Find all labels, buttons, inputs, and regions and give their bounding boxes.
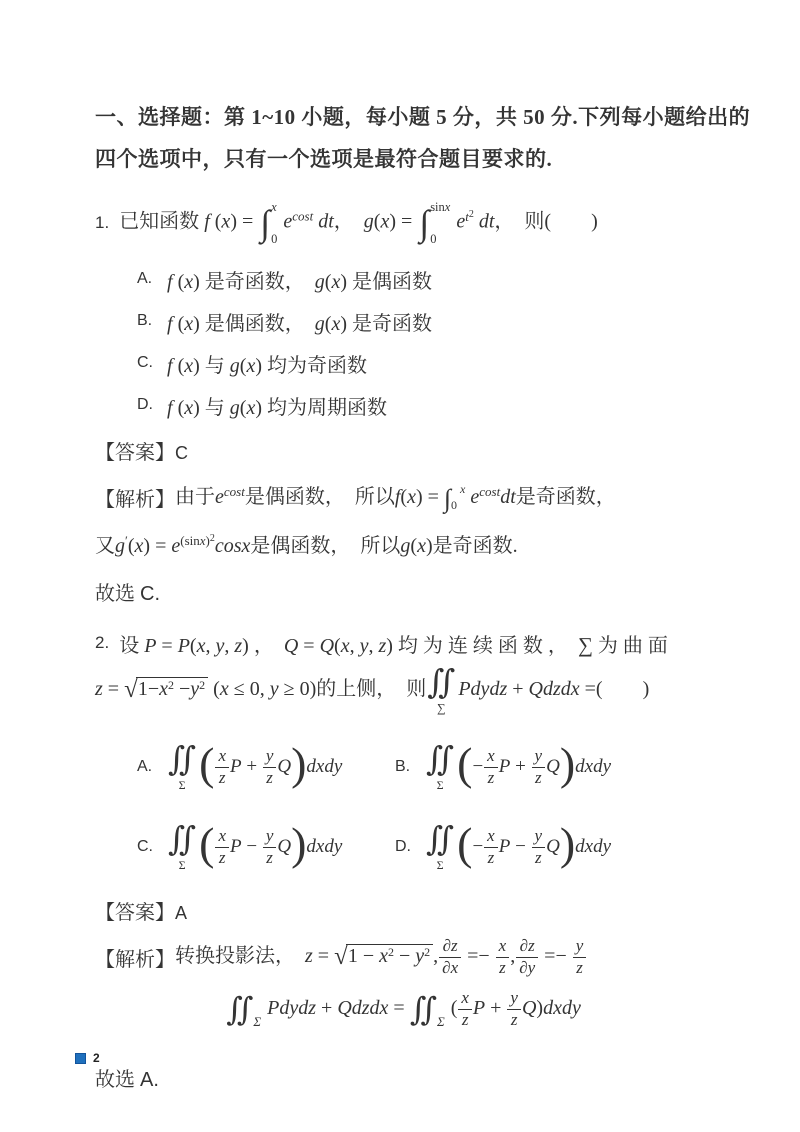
q2-analysis-line: 【解析】转换投影法， z = √1 − x2 − y2,∂z∂x =− xz,∂…	[95, 935, 712, 979]
conclusion-letter: A.	[140, 1069, 159, 1091]
option-label: B.	[395, 758, 425, 776]
q1-options: A. f (x) 是奇函数， g(x) 是偶函数 B. f (x) 是偶函数， …	[137, 258, 712, 426]
q1-option-c: C. f (x) 与 g(x) 均为奇函数	[137, 342, 712, 384]
q2-stem-line1: 2. 设 P = P(x, y, z) ， Q = Q(x, y, z) 均 为…	[95, 628, 712, 658]
conclusion-letter: C.	[140, 583, 160, 605]
q2-number: 2.	[95, 633, 109, 653]
q2-stem-formula-line1: 设 P = P(x, y, z) ， Q = Q(x, y, z) 均 为 连 …	[119, 629, 668, 658]
q2-equation: ∬ΣPdydz + Qdzdx = ∬Σ(xzP + yzQ)dxdy	[95, 989, 712, 1047]
option-text: f (x) 与 g(x) 均为周期函数	[167, 391, 387, 420]
analysis-text: 转换投影法， z = √1 − x2 − y2,∂z∂x =− xz,∂z∂y …	[175, 937, 587, 977]
answer-value: C	[175, 443, 188, 463]
option-label: D.	[395, 838, 425, 856]
q2-stem-formula-line2: z = √1−x2 −y2 (x ≤ 0, y ≥ 0)的上侧， 则∬∑Pdyd…	[95, 667, 649, 714]
answer-value: A	[175, 903, 187, 923]
q2-conclusion: 故选 A.	[95, 1063, 712, 1092]
analysis-label: 【解析】	[95, 943, 175, 972]
option-formula: ∬Σ(−xzP − yzQ)dxdy	[425, 824, 611, 871]
answer-label: 【答案】	[95, 442, 175, 464]
option-text: f (x) 是偶函数， g(x) 是奇函数	[167, 307, 432, 336]
conclusion-text: 故选	[95, 583, 135, 605]
option-formula: ∬Σ(xzP − yzQ)dxdy	[167, 824, 342, 871]
option-formula: ∬Σ(xzP + yzQ)dxdy	[167, 744, 342, 791]
analysis-label: 【解析】	[95, 483, 175, 512]
q1-option-b: B. f (x) 是偶函数， g(x) 是奇函数	[137, 300, 712, 342]
option-text: f (x) 是奇函数， g(x) 是偶函数	[167, 265, 432, 294]
q1-option-d: D. f (x) 与 g(x) 均为周期函数	[137, 384, 712, 426]
option-label: A.	[137, 758, 167, 776]
analysis-text: 又g′(x) = e(sinx)2cosx是偶函数， 所以g(x)是奇函数.	[95, 529, 518, 558]
section-header-line2: 四个选项中，只有一个选项是最符合题目要求的.	[95, 138, 712, 180]
q1-stem-formula: 已知函数 f (x) = ∫x0ecost dt， g(x) = ∫sinx0e…	[119, 201, 598, 245]
option-label: C.	[137, 354, 167, 372]
q1-analysis-line1: 【解析】由于ecost是偶函数， 所以f(x) = ∫0x ecostdt是奇函…	[95, 475, 712, 519]
page-marker-icon	[75, 1053, 86, 1064]
q1-stem: 1. 已知函数 f (x) = ∫x0ecost dt， g(x) = ∫sin…	[95, 197, 712, 249]
answer-label: 【答案】	[95, 902, 175, 924]
q1-answer-line: 【答案】C	[95, 436, 712, 465]
conclusion-text: 故选	[95, 1069, 135, 1091]
option-text: f (x) 与 g(x) 均为奇函数	[167, 349, 367, 378]
option-label: B.	[137, 312, 167, 330]
q2-answer-line: 【答案】A	[95, 896, 712, 925]
section-header-line1: 一、选择题：第 1~10 小题，每小题 5 分，共 50 分.下列每小题给出的	[95, 96, 712, 138]
q1-conclusion: 故选 C.	[95, 577, 712, 606]
analysis-text: 由于ecost是偶函数， 所以f(x) = ∫0x ecostdt是奇函数，	[175, 480, 616, 514]
q2-options: A. ∬Σ(xzP + yzQ)dxdy B. ∬Σ(−xzP + yzQ)dx…	[137, 734, 712, 880]
option-label: A.	[137, 270, 167, 288]
q2-option-b: B. ∬Σ(−xzP + yzQ)dxdy	[395, 734, 712, 800]
option-label: C.	[137, 838, 167, 856]
q2-stem-line2: z = √1−x2 −y2 (x ≤ 0, y ≥ 0)的上侧， 则∬∑Pdyd…	[95, 662, 712, 718]
option-formula: ∬Σ(−xzP + yzQ)dxdy	[425, 744, 611, 791]
q2-option-c: C. ∬Σ(xzP − yzQ)dxdy	[137, 814, 395, 880]
document-page: 一、选择题：第 1~10 小题，每小题 5 分，共 50 分.下列每小题给出的 …	[0, 0, 800, 1132]
q2-option-a: A. ∬Σ(xzP + yzQ)dxdy	[137, 734, 395, 800]
q2-option-d: D. ∬Σ(−xzP − yzQ)dxdy	[395, 814, 712, 880]
q1-number: 1.	[95, 213, 109, 233]
page-content: 一、选择题：第 1~10 小题，每小题 5 分，共 50 分.下列每小题给出的 …	[0, 0, 800, 1092]
q1-option-a: A. f (x) 是奇函数， g(x) 是偶函数	[137, 258, 712, 300]
q1-analysis-line2: 又g′(x) = e(sinx)2cosx是偶函数， 所以g(x)是奇函数.	[95, 521, 712, 565]
page-number: 2	[93, 1051, 100, 1065]
section-header: 一、选择题：第 1~10 小题，每小题 5 分，共 50 分.下列每小题给出的 …	[95, 96, 712, 180]
page-footer: 2	[75, 1051, 100, 1065]
option-label: D.	[137, 396, 167, 414]
